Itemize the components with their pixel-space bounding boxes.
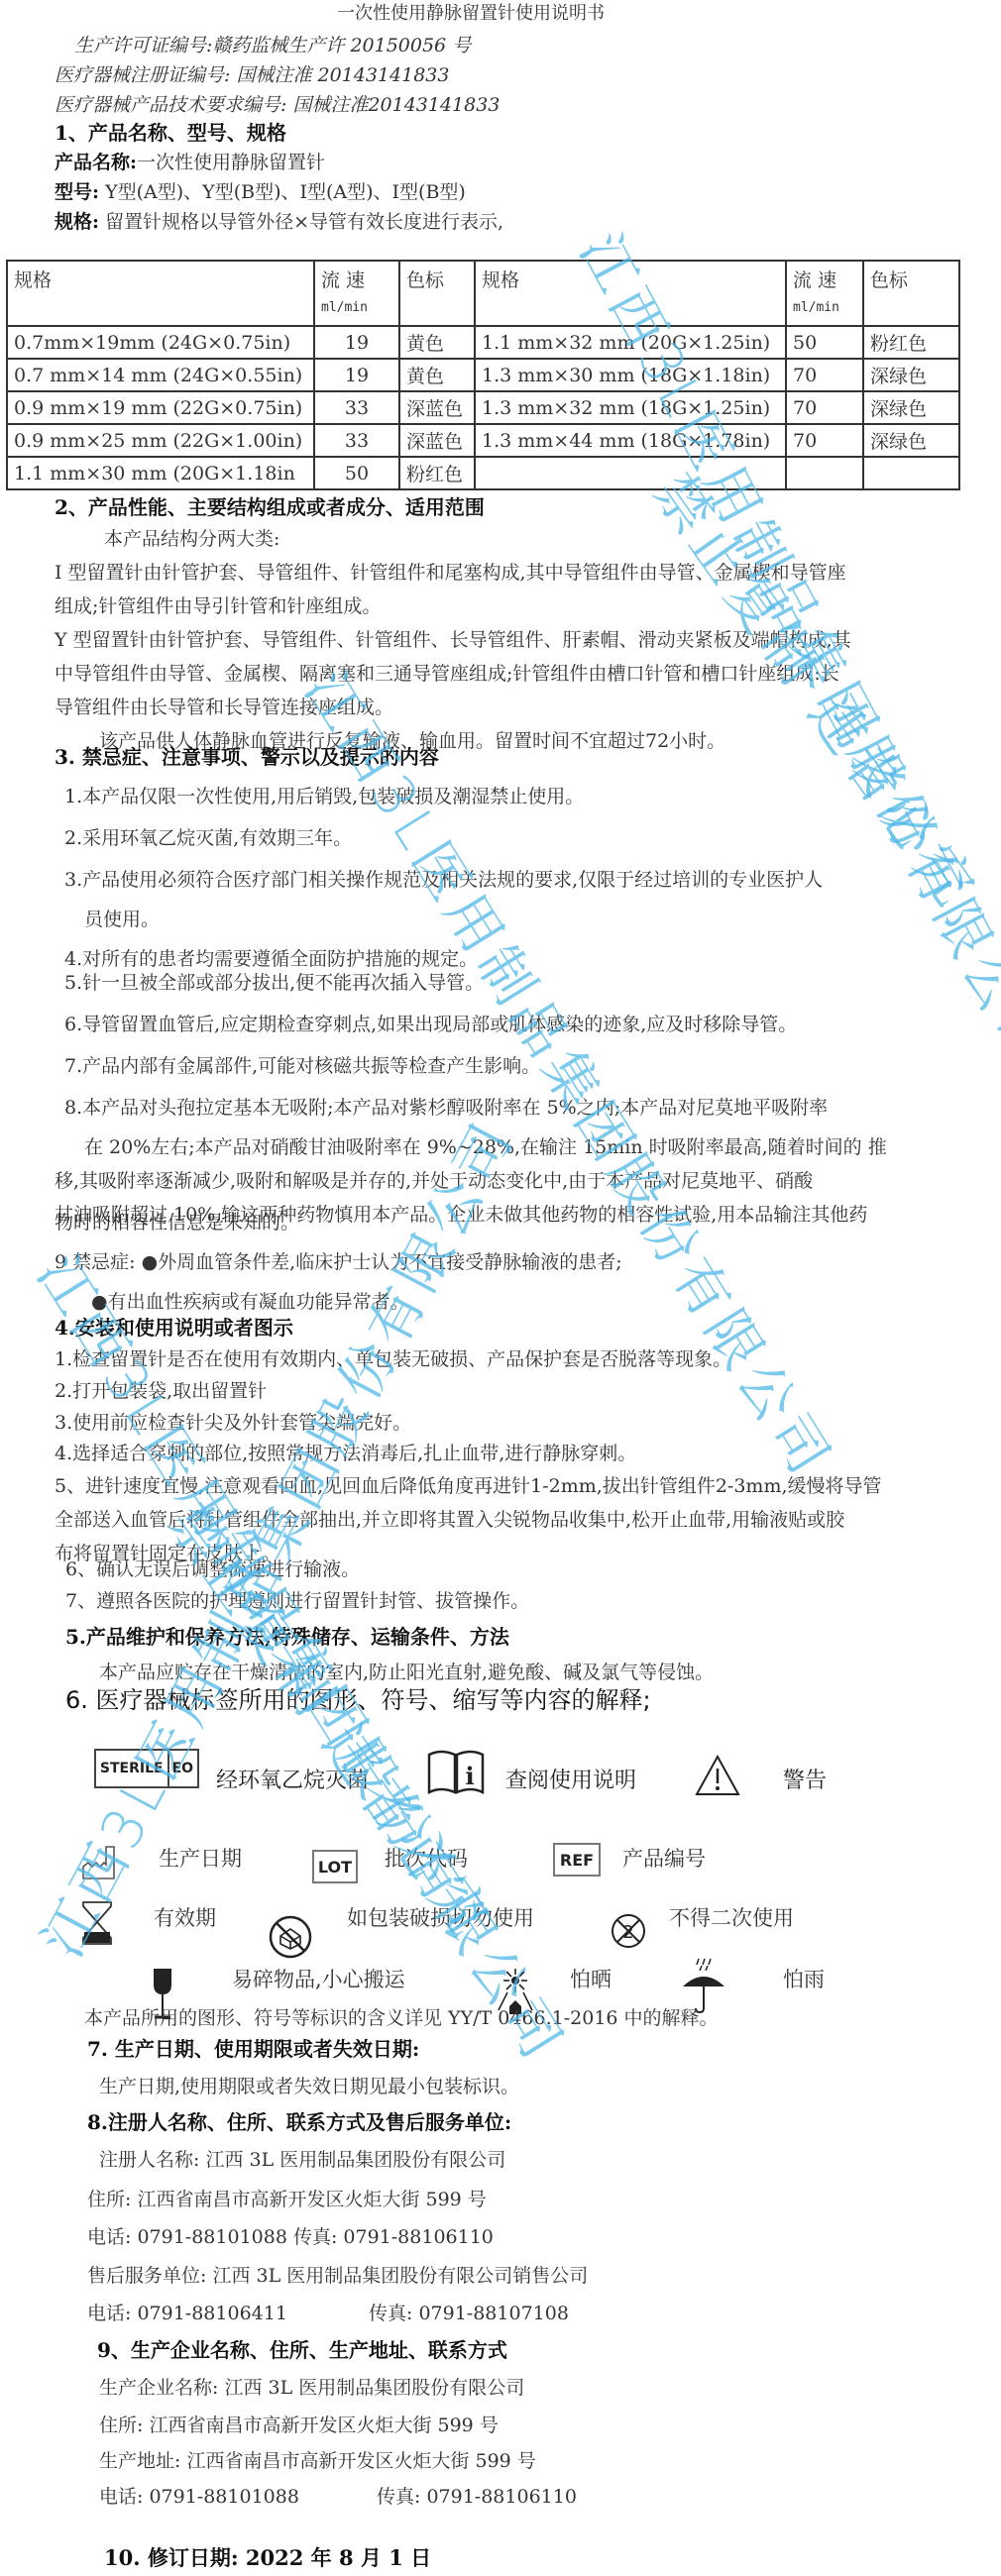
cell-color: 深绿色: [863, 424, 959, 457]
cell-spec: 1.3 mm×32 mm (18G×1.25in): [475, 391, 786, 424]
cell-flow: 50: [314, 457, 399, 489]
spec-table: 规格 流 速ml/min 色标 规格 流 速ml/min 色标 0.7mm×19…: [6, 260, 960, 490]
cell-spec: 1.1 mm×32 mm (20G×1.25in): [475, 326, 786, 359]
manufacturer-phone: 电话: 0791-88101088: [99, 2485, 299, 2509]
section-7-heading: 7. 生产日期、使用期限或者失效日期:: [87, 2037, 419, 2061]
cell-flow: 50: [786, 326, 863, 359]
manufacture-date-icon: [79, 1843, 119, 1882]
header-spec: 规格: [7, 261, 314, 326]
section-2-heading: 2、产品性能、主要结构组成或者成分、适用范围: [55, 495, 485, 519]
cell-color: 粉红色: [399, 457, 475, 489]
manufacturer-fax: 传真: 0791-88106110: [377, 2485, 577, 2509]
table-row: 0.7 mm×14 mm (24G×0.55in) 19 黄色 1.3 mm×3…: [7, 359, 959, 391]
spec-value: 留置针规格以导管外径×导管有效长度进行表示,: [105, 211, 503, 233]
do-not-use-if-damaged-icon: [268, 1914, 313, 1960]
step-item: 2.打开包装袋,取出留置针: [55, 1379, 267, 1403]
cell-flow: 33: [314, 391, 399, 424]
step-item: 1.检查留置针是否在使用有效期内、单包装无破损、产品保护套是否脱落等现象。: [55, 1347, 731, 1371]
step-item: 3.使用前应检查针尖及外针套管尖端完好。: [55, 1411, 411, 1435]
watermark-notice: 禁止复制 违者必究: [638, 456, 999, 923]
symbols-footnote: 本产品所用的图形、符号等标识的含义详见 YY/T 0466.1-2016 中的解…: [84, 2006, 719, 2030]
contraindication-2: ●有出血性疾病或有凝血功能异常者。: [91, 1290, 409, 1314]
cell-spec: 1.3 mm×44 mm (18G×1.78in): [475, 424, 786, 457]
symbol-label: 生产日期: [159, 1843, 242, 1873]
section-6-heading: 6. 医疗器械标签所用的图形、符号、缩写等内容的解释;: [65, 1688, 651, 1712]
cell-spec: 0.7 mm×14 mm (24G×0.55in): [7, 359, 314, 391]
list-item: 5.针一旦被全部或部分拔出,便不能再次插入导管。: [64, 971, 484, 995]
svg-text:2: 2: [622, 1922, 633, 1943]
table-row: 0.7mm×19mm (24G×0.75in) 19 黄色 1.1 mm×32 …: [7, 326, 959, 359]
license-number: 生产许可证编号:赣药监械生产许 20150056 号: [74, 34, 471, 57]
storage-text: 本产品应贮存在干燥清洁的室内,防止阳光直射,避免酸、碱及氯气等侵蚀。: [99, 1661, 714, 1684]
step-item: 全部送入血管后将针管组件全部抽出,并立即将其置入尖锐物品收集中,松开止血带,用输…: [55, 1508, 844, 1532]
cell-flow: 19: [314, 359, 399, 391]
step-item: 5、进针速度宜慢,注意观看回血,见回血后降低角度再进针1-2mm,拔出针管组件2…: [55, 1474, 882, 1498]
consult-instructions-icon: i: [426, 1749, 486, 1796]
manufacturer-name: 生产企业名称: 江西 3L 医用制品集团股份有限公司: [99, 2376, 524, 2400]
list-item: 员使用。: [84, 908, 160, 931]
cell-flow: 70: [786, 391, 863, 424]
symbol-label: 批次代码: [385, 1843, 468, 1873]
revision-date: 10. 修订日期: 2022 年 8 月 1 日: [104, 2546, 431, 2570]
paragraph-line: Y 型留置针由针管护套、导管组件、针管组件、长导管组件、肝素帽、滑动夹紧板及端帽…: [55, 628, 851, 652]
cell-color: 深蓝色: [399, 424, 475, 457]
list-item: 4.对所有的患者均需要遵循全面防护措施的规定。: [64, 947, 478, 971]
paragraph-line: 中导管组件由导管、金属楔、隔离塞和三通导管座组成;针管组件由槽口针管和槽口针座组…: [55, 662, 839, 686]
symbol-label: 产品编号: [622, 1843, 706, 1873]
model-value: Y型(A型)、Y型(B型)、I型(A型)、I型(B型): [105, 181, 466, 203]
paragraph-line: 本产品结构分两大类:: [104, 527, 279, 551]
list-item: 7.产品内部有金属部件,可能对核磁共振等检查产生影响。: [64, 1054, 540, 1078]
date-info-text: 生产日期,使用期限或者失效日期见最小包装标识。: [99, 2075, 519, 2098]
section-9-heading: 9、生产企业名称、住所、生产地址、联系方式: [97, 2338, 507, 2362]
paragraph-line: I 型留置针由针管护套、导管组件、针管组件和尾塞构成,其中导管组件由导管、金属楔…: [55, 561, 846, 585]
table-row: 1.1 mm×30 mm (20G×1.18in 50 粉红色: [7, 457, 959, 489]
cell-color: 粉红色: [863, 326, 959, 359]
cell-flow: 33: [314, 424, 399, 457]
symbol-label: 怕雨: [783, 1964, 825, 1993]
symbol-label: 警告: [783, 1764, 827, 1794]
cell-spec: 0.9 mm×19 mm (22G×0.75in): [7, 391, 314, 424]
symbol-label: 有效期: [154, 1902, 216, 1932]
list-item: 2.采用环氧乙烷灭菌,有效期三年。: [64, 826, 352, 850]
header-flow-2: 流 速ml/min: [786, 261, 863, 326]
header-color: 色标: [399, 261, 475, 326]
symbol-label: 不得二次使用: [669, 1902, 794, 1932]
registrant-name: 注册人名称: 江西 3L 医用制品集团股份有限公司: [99, 2148, 505, 2172]
header-spec-2: 规格: [475, 261, 786, 326]
svg-text:i: i: [465, 1762, 474, 1790]
section-1-heading: 1、产品名称、型号、规格: [55, 121, 286, 145]
cell-color: 黄色: [399, 326, 475, 359]
tech-requirement-number: 医疗器械产品技术要求编号: 国械注准20143141833: [55, 93, 500, 117]
document-title: 一次性使用静脉留置针使用说明书: [337, 2, 605, 26]
do-not-reuse-icon: 2: [610, 1912, 647, 1950]
lot-icon: LOT: [312, 1850, 358, 1883]
paragraph-line: 组成;针管组件由导引针管和针座组成。: [55, 594, 381, 618]
service-phone: 电话: 0791-88106411: [87, 2302, 287, 2325]
cell-flow: 19: [314, 326, 399, 359]
expiry-hourglass-icon: [79, 1900, 115, 1946]
cell-color: 深蓝色: [399, 391, 475, 424]
spec-row: 规格: 留置针规格以导管外径×导管有效长度进行表示,: [55, 210, 503, 234]
list-item: 3.产品使用必须符合医疗部门相关操作规范及相关法规的要求,仅限于经过培训的专业医…: [64, 868, 823, 892]
manufacturer-address: 住所: 江西省南昌市高新开发区火炬大街 599 号: [99, 2414, 499, 2437]
symbol-label: 怕晒: [570, 1964, 612, 1993]
cell-spec: 0.9 mm×25 mm (22G×1.00in): [7, 424, 314, 457]
table-row: 0.9 mm×25 mm (22G×1.00in) 33 深蓝色 1.3 mm×…: [7, 424, 959, 457]
table-header-row: 规格 流 速ml/min 色标 规格 流 速ml/min 色标: [7, 261, 959, 326]
sterile-eo-icon: STERILE EO: [94, 1749, 199, 1788]
cell-flow: 70: [786, 359, 863, 391]
cell-color: 深绿色: [863, 359, 959, 391]
list-item: 在 20%左右;本产品对硝酸甘油吸附率在 9%~28%,在输注 15min 时吸…: [84, 1135, 887, 1159]
spec-label: 规格:: [55, 211, 99, 233]
model-row: 型号: Y型(A型)、Y型(B型)、I型(A型)、I型(B型): [55, 180, 466, 204]
list-item: 8.本产品对头孢拉定基本无吸附;本产品对紫杉醇吸附率在 5%之内;本产品对尼莫地…: [64, 1096, 828, 1120]
service-fax: 传真: 0791-88107108: [369, 2302, 569, 2325]
symbol-label: 查阅使用说明: [505, 1764, 636, 1794]
paragraph-line: 导管组件由长导管和长导管连接座组成。: [55, 696, 393, 719]
cell-color: 深绿色: [863, 391, 959, 424]
product-name-value: 一次性使用静脉留置针: [137, 152, 325, 173]
list-item: 移,其吸附率逐渐减少,吸附和解吸是并存的,并处于动态变化中,由于本产品对尼莫地平…: [55, 1169, 813, 1193]
section-8-heading: 8.注册人名称、住所、联系方式及售后服务单位:: [87, 2110, 511, 2134]
table-row: 0.9 mm×19 mm (22G×0.75in) 33 深蓝色 1.3 mm×…: [7, 391, 959, 424]
service-unit: 售后服务单位: 江西 3L 医用制品集团股份有限公司销售公司: [87, 2264, 588, 2288]
cell-spec: [475, 457, 786, 489]
section-4-heading: 4.安装和使用说明或者图示: [55, 1316, 293, 1340]
symbol-label: 如包装破损切勿使用: [347, 1902, 534, 1932]
product-name-row: 产品名称:一次性使用静脉留置针: [55, 151, 325, 174]
product-name-label: 产品名称:: [55, 152, 137, 173]
cell-flow: 70: [786, 424, 863, 457]
symbol-label: 易碎物品,小心搬运: [232, 1964, 405, 1993]
cell-spec: 1.3 mm×30 mm (18G×1.18in): [475, 359, 786, 391]
registrant-phone-fax: 电话: 0791-88101088 传真: 0791-88106110: [87, 2225, 494, 2249]
cell-color: 黄色: [399, 359, 475, 391]
step-item: 6、确认无误后调整流速进行输液。: [65, 1557, 360, 1581]
instruction-document: 一次性使用静脉留置针使用说明书 生产许可证编号:赣药监械生产许 20150056…: [0, 0, 1001, 2576]
contraindication-1: 9 禁忌症: ●外周血管条件差,临床护士认为不宜接受静脉输液的患者;: [55, 1250, 622, 1274]
warning-icon: [694, 1754, 741, 1797]
symbol-label: 经环氧乙烷灭菌: [216, 1764, 369, 1794]
section-5-heading: 5.产品维护和保养方法,特殊储存、运输条件、方法: [65, 1625, 509, 1649]
list-item: 物时的相容性信息是未知的。: [55, 1211, 299, 1234]
registration-cert-number: 医疗器械注册证编号: 国械注准 20143141833: [55, 63, 449, 87]
header-flow: 流 速ml/min: [314, 261, 399, 326]
section-3-heading: 3. 禁忌症、注意事项、警示以及提示的内容: [55, 745, 439, 769]
cell-spec: 1.1 mm×30 mm (20G×1.18in: [7, 457, 314, 489]
cell-spec: 0.7mm×19mm (24G×0.75in): [7, 326, 314, 359]
cell-flow: [786, 457, 863, 489]
production-address: 生产地址: 江西省南昌市高新开发区火炬大街 599 号: [99, 2449, 536, 2473]
list-item: 1.本产品仅限一次性使用,用后销毁,包装破损及潮湿禁止使用。: [64, 785, 584, 808]
list-item: 6.导管留置血管后,应定期检查穿刺点,如果出现局部或肌体感染的迹象,应及时移除导…: [64, 1013, 797, 1036]
cell-color: [863, 457, 959, 489]
model-label: 型号:: [55, 181, 99, 203]
registrant-address: 住所: 江西省南昌市高新开发区火炬大街 599 号: [87, 2188, 487, 2211]
step-item: 4.选择适合穿刺的部位,按照常规方法消毒后,扎止血带,进行静脉穿刺。: [55, 1442, 636, 1465]
ref-icon: REF: [553, 1843, 601, 1877]
step-item: 7、遵照各医院的护理遵则进行留置针封管、拔管操作。: [65, 1589, 529, 1613]
header-color-2: 色标: [863, 261, 959, 326]
